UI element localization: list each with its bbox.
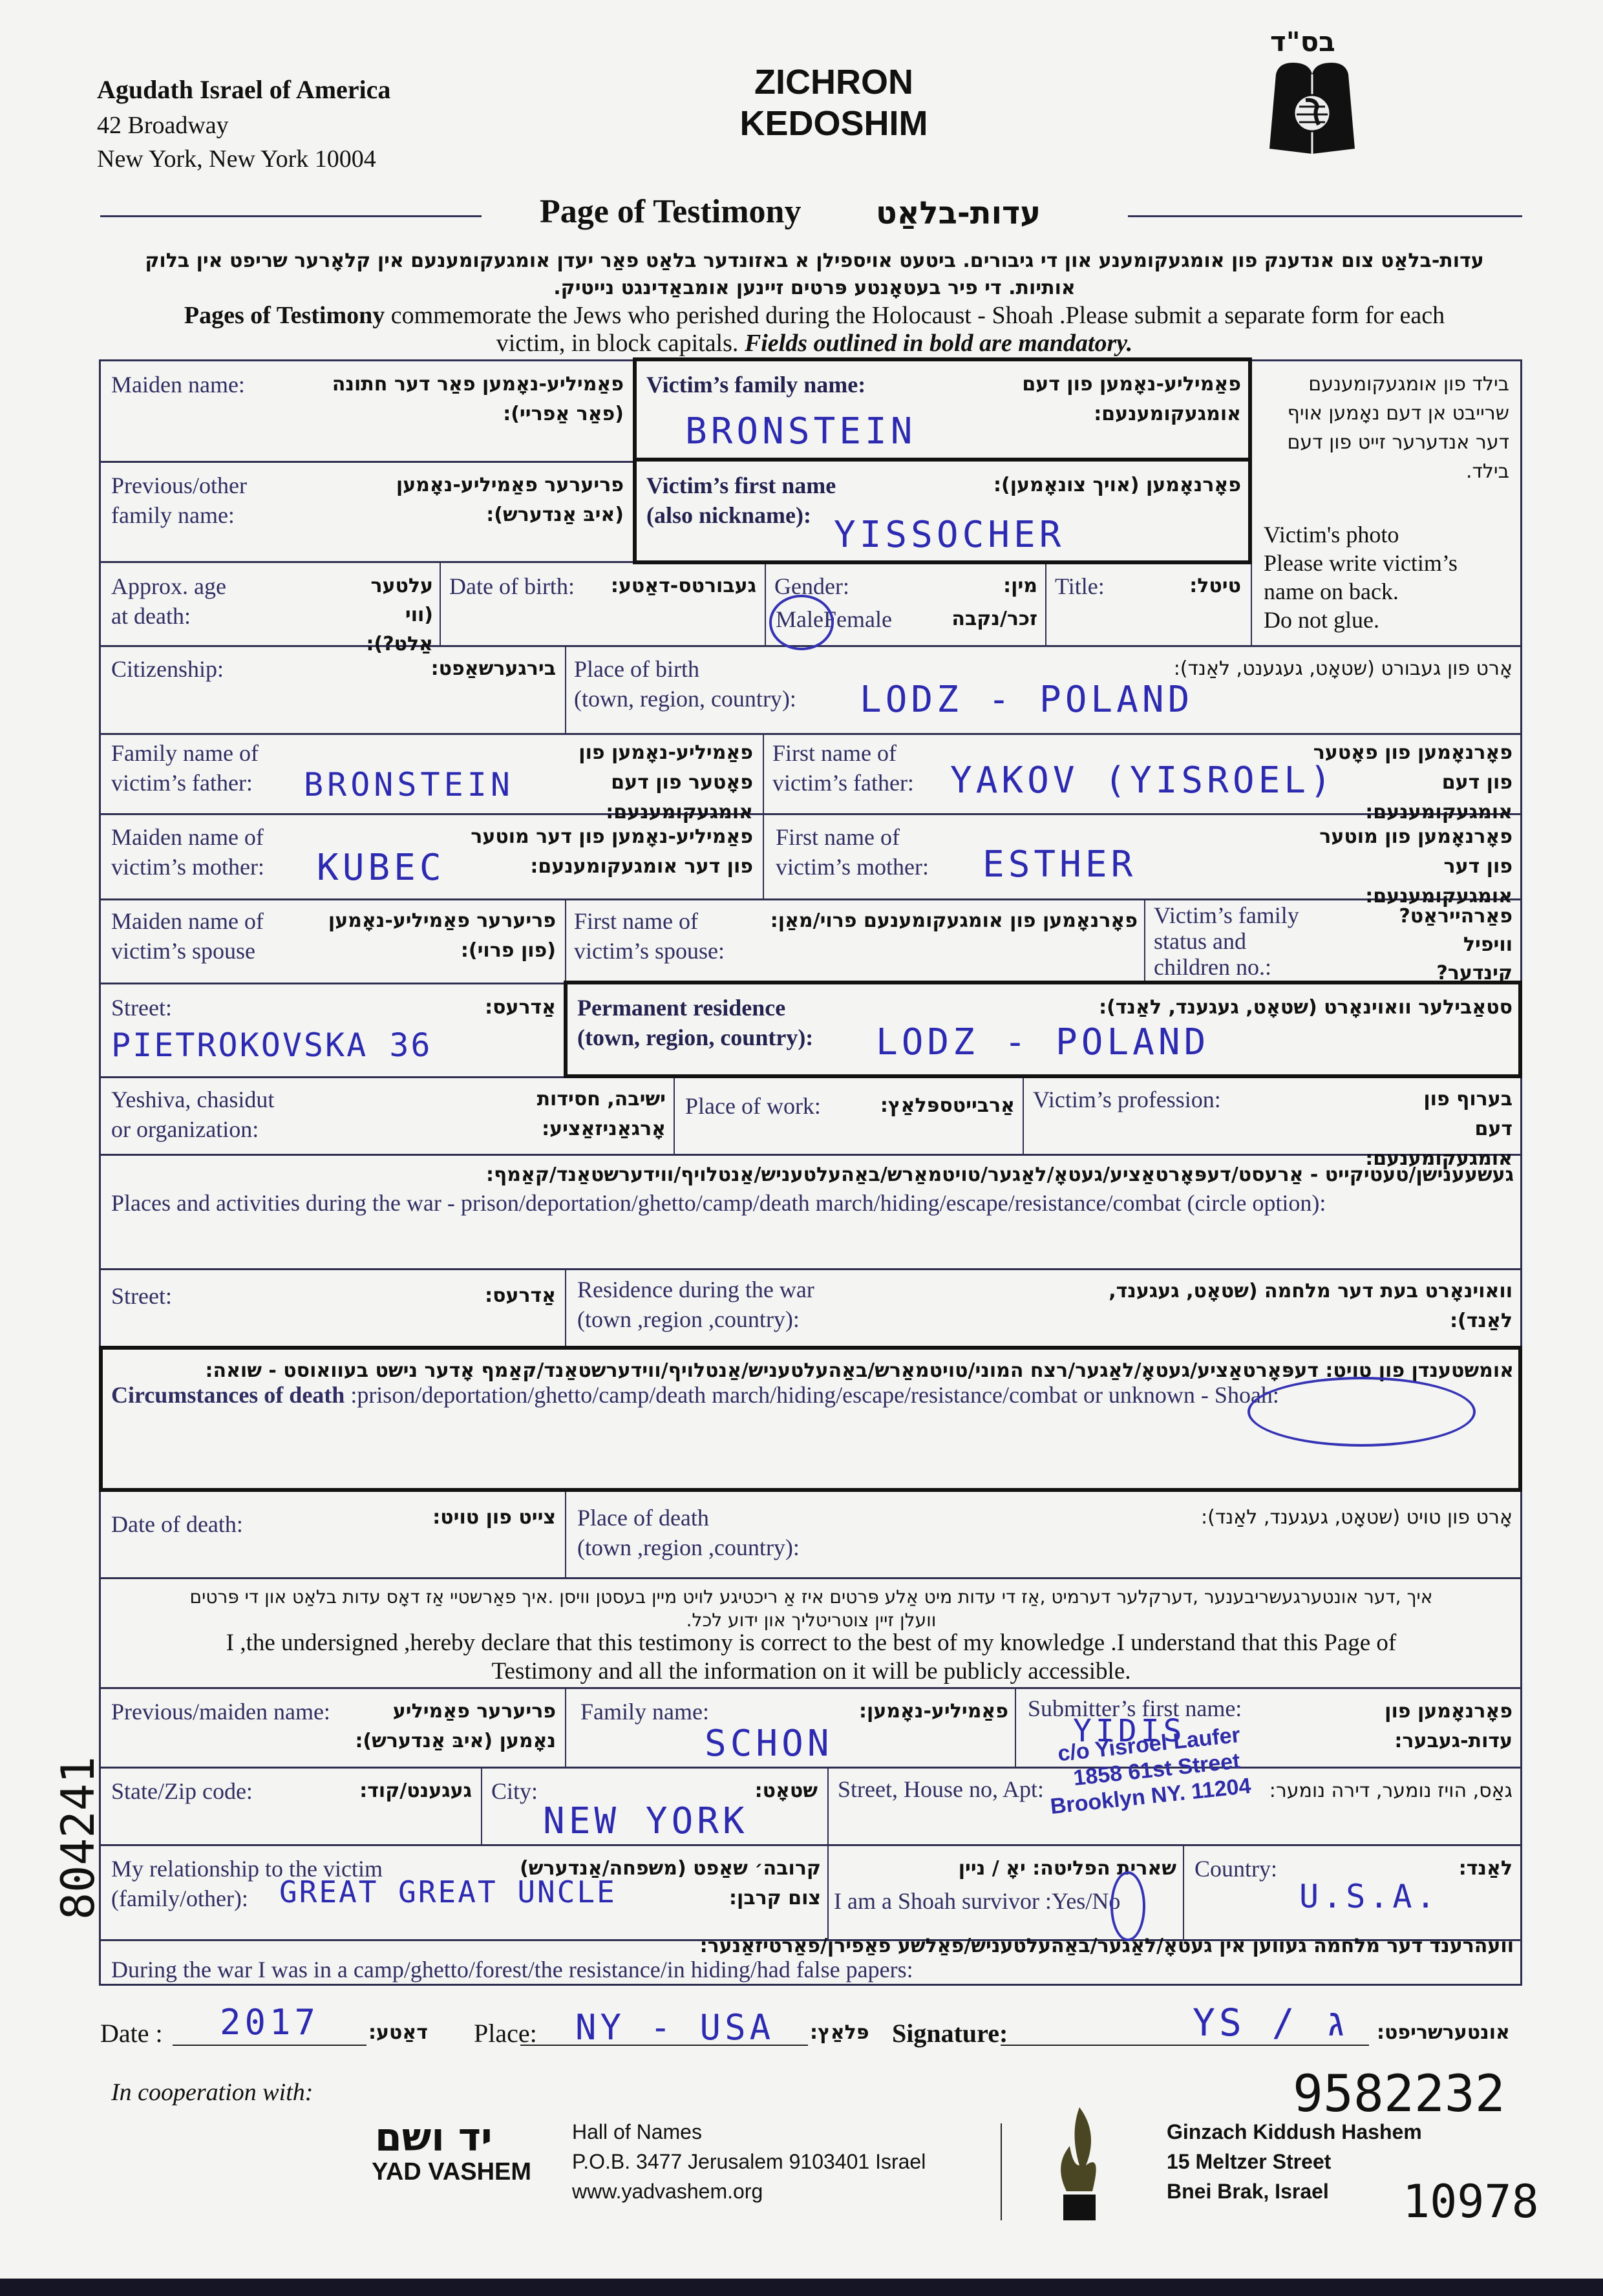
victim-first-name-field[interactable]: YISSOCHER bbox=[834, 514, 1065, 556]
victim-family-name-label: Victim’s family name: bbox=[646, 370, 865, 399]
city-label: City: bbox=[491, 1776, 538, 1806]
relationship-field[interactable]: GREAT GREAT UNCLE bbox=[279, 1875, 617, 1909]
victim-first-name-label: Victim’s first name (also nickname): bbox=[646, 471, 836, 530]
spouse-maiden-name-label: Maiden name of victim’s spouse bbox=[111, 906, 264, 966]
declaration-he-line-1: איך ,דער אונטערגעשריבענער ,דערקלער דערמי… bbox=[110, 1585, 1513, 1610]
ginzach-line-1: Ginzach Kiddush Hashem bbox=[1167, 2117, 1422, 2147]
mother-first-name-field[interactable]: ESTHER bbox=[982, 844, 1136, 886]
signature-line: Date : 2017 דאַטע: Place: NY - USA פּלאַ… bbox=[100, 2007, 1529, 2059]
age-at-death-he: עלטער (ווי אַלט?): bbox=[343, 571, 433, 659]
father-family-name-field[interactable]: BRONSTEIN bbox=[304, 766, 514, 803]
mother-first-name-he: פאָרנאָמען פון מוטער פון דער אומגעקומענע… bbox=[1312, 822, 1513, 911]
project-title: ZICHRON KEDOSHIM bbox=[698, 61, 970, 144]
grid-line bbox=[565, 645, 566, 733]
date-of-birth-label: Date of birth: bbox=[449, 571, 575, 601]
victim-first-name-label-1: Victim’s first name bbox=[646, 471, 836, 500]
family-status-label: Victim’s family status and children no.: bbox=[1154, 902, 1299, 980]
circumstances-options[interactable]: :prison/deportation/ghetto/camp/death ma… bbox=[345, 1382, 1279, 1408]
age-at-death-label-2: at death: bbox=[111, 601, 226, 631]
profession-label: Victim’s profession: bbox=[1033, 1085, 1221, 1114]
war-street-label: Street: bbox=[111, 1281, 172, 1311]
permanent-residence-label-1: Permanent residence bbox=[577, 993, 813, 1023]
maiden-name-field[interactable] bbox=[297, 420, 621, 452]
war-street-he: אַדרעס: bbox=[485, 1281, 556, 1311]
father-first-name-label-1: First name of bbox=[772, 738, 914, 768]
war-activities-he: געשעענישן/טעטיקייט - אַרעסט/דעפּאָרטאַצי… bbox=[111, 1160, 1514, 1190]
grid-line bbox=[99, 1767, 1522, 1769]
declaration-en: I ,the undersigned ,hereby declare that … bbox=[110, 1629, 1513, 1686]
war-activities-label: Places and activities during the war - p… bbox=[111, 1188, 1326, 1218]
spouse-first-name-label: First name of victim’s spouse: bbox=[574, 906, 725, 966]
victim-family-name-he: פאַמיליע-נאָמען פון דעם אומגעקומענעם: bbox=[957, 370, 1241, 429]
mandatory-note: Fields outlined in bold are mandatory. bbox=[745, 330, 1132, 357]
grid-line bbox=[481, 1767, 482, 1844]
survivor-selection-circle bbox=[1110, 1871, 1145, 1941]
circumstances-selection-circle bbox=[1247, 1377, 1476, 1447]
mother-first-name-label: First name of victim’s mother: bbox=[776, 822, 929, 882]
street-he: אַדרעס: bbox=[485, 993, 556, 1023]
family-status-he: פאַרהייראַט? וויפיל קינדער? bbox=[1416, 902, 1513, 988]
father-family-name-label: Family name of victim’s father: bbox=[111, 738, 259, 798]
page-title-he: עדות-בלאַט bbox=[876, 195, 1041, 231]
spouse-first-name-he: פאָרנאָמען פון אומגעקומענעם פרוי/מאַן: bbox=[769, 906, 1138, 936]
place-of-death-label-2: (town ,region ,country): bbox=[577, 1533, 800, 1562]
during-war-label: During the war I was in a camp/ghetto/fo… bbox=[111, 1955, 913, 1984]
permanent-residence-field[interactable]: LODZ - POLAND bbox=[876, 1021, 1209, 1063]
state-zip-label: State/Zip code: bbox=[111, 1776, 253, 1806]
title-rule-right bbox=[1128, 215, 1522, 217]
spouse-first-name-label-2: victim’s spouse: bbox=[574, 936, 725, 966]
victim-first-name-label-2: (also nickname): bbox=[646, 500, 836, 530]
submitter-street-label: Street, House no, Apt: bbox=[838, 1774, 1044, 1804]
yeshiva-label: Yeshiva, chasidut or organization: bbox=[111, 1085, 274, 1144]
project-title-line-1: ZICHRON bbox=[698, 61, 970, 103]
war-residence-label-1: Residence during the war bbox=[577, 1275, 814, 1304]
ginzach-line-3: Bnei Brak, Israel bbox=[1167, 2176, 1422, 2206]
signature-he: אונטערשריפט: bbox=[1377, 2021, 1510, 2044]
photo-box-line-4: Do not glue. bbox=[1264, 606, 1458, 634]
spouse-first-name-label-1: First name of bbox=[574, 906, 725, 936]
previous-family-name-label-1: Previous/other bbox=[111, 471, 247, 500]
scan-edge bbox=[0, 2279, 1603, 2296]
title-rule-left bbox=[100, 215, 482, 217]
grid-line bbox=[827, 1767, 829, 1844]
ginzach-address: Ginzach Kiddush Hashem 15 Meltzer Street… bbox=[1167, 2117, 1422, 2206]
place-field[interactable]: NY - USA bbox=[575, 2007, 774, 2048]
grid-line bbox=[565, 1268, 566, 1346]
signature-field[interactable]: YS / ג bbox=[1193, 2001, 1351, 2047]
photo-box-he: בילד פון אומגעקומענעם שרייבט אן דעם נאָמ… bbox=[1264, 370, 1509, 486]
father-family-name-label-2: victim’s father: bbox=[111, 768, 259, 798]
submitter-street-he: גאַס, הויז נומער, דירה נומער: bbox=[1228, 1776, 1513, 1806]
date-of-birth-he: געבורטס-דאַטע: bbox=[646, 571, 756, 601]
date-of-death-he: צייט פון טויט: bbox=[427, 1503, 556, 1533]
intro-en-bold: Pages of Testimony bbox=[184, 302, 385, 329]
grid-line bbox=[99, 1577, 1522, 1579]
place-of-work-he: אַרבייטספּלאַץ: bbox=[869, 1091, 1015, 1121]
intro-en-line-2: victim, in block capitals. Fields outlin… bbox=[97, 328, 1532, 358]
previous-family-name-label: Previous/other family name: bbox=[111, 471, 247, 530]
country-he: לאַנד: bbox=[1454, 1854, 1513, 1884]
yad-vashem-logo: יד ושם YAD VASHEM bbox=[372, 2117, 533, 2186]
street-field[interactable]: PIETROKOVSKA 36 bbox=[111, 1026, 432, 1064]
title-field-label: Title: bbox=[1055, 571, 1105, 601]
place-of-death-he: אָרט פון טויט (שטאָט, געגענד, לאַנד): bbox=[1151, 1503, 1513, 1533]
org-name: Agudath Israel of America bbox=[97, 74, 390, 105]
gender-option-female[interactable]: Female bbox=[823, 606, 892, 632]
father-family-name-he: פאַמיליע-נאָמען פון פאָטער פון דעם אומגע… bbox=[543, 738, 753, 827]
war-residence-he: וואוינאָרט בעת דער מלחמה (שטאָט, געגענד,… bbox=[1047, 1277, 1513, 1336]
grid-line bbox=[1183, 1844, 1184, 1939]
yeshiva-label-1: Yeshiva, chasidut bbox=[111, 1085, 274, 1114]
date-label: Date : bbox=[100, 2019, 163, 2048]
permanent-residence-label: Permanent residence (town, region, count… bbox=[577, 993, 813, 1052]
yad-vashem-address: Hall of Names P.O.B. 3477 Jerusalem 9103… bbox=[572, 2117, 926, 2206]
cooperation-label: In cooperation with: bbox=[111, 2078, 313, 2107]
place-of-birth-he: אָרט פון געבורט (שטאָט, געגענט, לאַנד): bbox=[1151, 654, 1513, 684]
bsd-mark: בס"ד bbox=[1270, 26, 1335, 58]
tablets-globe-logo-icon bbox=[1267, 61, 1357, 158]
place-of-birth-label-2: (town, region, country): bbox=[574, 684, 796, 714]
maiden-name-label: Maiden name: bbox=[111, 370, 245, 399]
date-of-death-label: Date of death: bbox=[111, 1509, 243, 1539]
war-residence-label-2: (town ,region ,country): bbox=[577, 1304, 814, 1334]
intro-he-line-2: אותיות. די פיר בעטאָנטע פּרטים זיינען או… bbox=[103, 275, 1525, 302]
mother-maiden-name-label-1: Maiden name of bbox=[111, 822, 264, 852]
org-address-1: 42 Broadway bbox=[97, 109, 229, 142]
family-status-label-1: Victim’s family bbox=[1154, 902, 1299, 928]
place-of-death-label: Place of death (town ,region ,country): bbox=[577, 1503, 800, 1562]
date-field[interactable]: 2017 bbox=[220, 2002, 319, 2043]
mother-maiden-name-label: Maiden name of victim’s mother: bbox=[111, 822, 264, 882]
project-title-line-2: KEDOSHIM bbox=[698, 103, 970, 144]
age-at-death-label: Approx. age at death: bbox=[111, 571, 226, 631]
grid-line bbox=[827, 1844, 829, 1939]
previous-family-name-he: פריערער פאַמיליע-נאָמען (איבּ אַנדערש): bbox=[362, 471, 624, 530]
place-of-birth-label-1: Place of birth bbox=[574, 654, 796, 684]
victim-first-name-he: פאָרנאָמען (אויך צונאָמען): bbox=[931, 471, 1241, 500]
circumstances-label: Circumstances of death :prison/deportati… bbox=[111, 1380, 1279, 1410]
previous-family-name-label-2: family name: bbox=[111, 500, 247, 530]
yad-vashem-website[interactable]: www.yadvashem.org bbox=[572, 2176, 926, 2206]
father-first-name-he: פאָרנאָמען פון פאָטער פון דעם אומגעקומענ… bbox=[1312, 738, 1513, 827]
grid-line bbox=[99, 461, 634, 463]
grid-line bbox=[99, 1687, 1522, 1689]
street-label: Street: bbox=[111, 993, 172, 1023]
mother-maiden-name-he: פאַמיליע-נאָמען פון דער מוטער פון דער או… bbox=[465, 822, 753, 882]
spouse-maiden-name-label-2: victim’s spouse bbox=[111, 936, 264, 966]
country-label: Country: bbox=[1194, 1854, 1277, 1884]
citizenship-he: בירגערשאַפט: bbox=[427, 654, 556, 684]
spouse-maiden-name-label-1: Maiden name of bbox=[111, 906, 264, 936]
grid-line bbox=[99, 898, 1522, 900]
father-first-name-field[interactable]: YAKOV (YISROEL) bbox=[950, 760, 1335, 802]
place-of-birth-label: Place of birth (town, region, country): bbox=[574, 654, 796, 714]
grid-line bbox=[99, 1268, 1522, 1270]
declaration-en-line-1: I ,the undersigned ,hereby declare that … bbox=[110, 1629, 1513, 1657]
circumstances-label-bold: Circumstances of death bbox=[111, 1382, 345, 1408]
place-of-death-label-1: Place of death bbox=[577, 1503, 800, 1533]
family-status-label-2: status and bbox=[1154, 928, 1299, 954]
grid-line bbox=[1015, 1687, 1016, 1767]
intro-en-line-1: Pages of Testimony commemorate the Jews … bbox=[97, 301, 1532, 330]
date-underline bbox=[173, 2045, 366, 2046]
footer-divider bbox=[1001, 2123, 1002, 2220]
signature-label: Signature: bbox=[892, 2019, 1008, 2048]
grid-line bbox=[440, 561, 441, 645]
flame-logo-icon bbox=[1054, 2107, 1105, 2227]
submitter-family-name-he: פאַמיליע-נאָמען: bbox=[860, 1697, 1008, 1727]
intro-en-rest: commemorate the Jews who perished during… bbox=[385, 302, 1445, 329]
gender-options-he: זכר/נקבה bbox=[944, 604, 1037, 634]
spouse-maiden-name-he: פריערער פאַמיליע-נאָמען (פון פרוי): bbox=[323, 906, 556, 966]
grid-line bbox=[565, 1490, 566, 1577]
permanent-residence-label-2: (town, region, country): bbox=[577, 1023, 813, 1052]
archive-number-2: 10978 bbox=[1403, 2175, 1539, 2228]
place-of-work-label: Place of work: bbox=[685, 1091, 821, 1121]
grid-line bbox=[674, 1076, 675, 1154]
submitter-previous-name-label: Previous/maiden name: bbox=[111, 1697, 330, 1727]
mother-maiden-name-field[interactable]: KUBEC bbox=[317, 847, 445, 889]
place-he: פּלאַץ: bbox=[810, 2021, 869, 2044]
submitter-family-name-label: Family name: bbox=[580, 1697, 709, 1727]
org-address-2: New York, New York 10004 bbox=[97, 142, 376, 176]
grid-line bbox=[1023, 1076, 1024, 1154]
grid-line bbox=[1045, 561, 1046, 645]
relationship-he-2: צום קרבן: bbox=[711, 1884, 821, 1913]
age-at-death-label-1: Approx. age bbox=[111, 571, 226, 601]
grid-line bbox=[99, 813, 1522, 815]
declaration-en-line-2: Testimony and all the information on it … bbox=[110, 1657, 1513, 1686]
citizenship-label: Citizenship: bbox=[111, 654, 224, 684]
victim-family-name-field[interactable]: BRONSTEIN bbox=[685, 410, 916, 452]
submitter-first-name-he: פאָרנאָמען פון עדות-געבער: bbox=[1383, 1697, 1513, 1756]
page-title-en: Page of Testimony bbox=[540, 193, 801, 231]
intro-en-line-2-plain: victim, in block capitals. bbox=[496, 330, 745, 357]
family-status-label-3: children no.: bbox=[1154, 954, 1299, 980]
grid-line bbox=[99, 733, 1522, 735]
war-activities-field[interactable] bbox=[111, 1222, 1514, 1260]
yad-vashem-line-2: P.O.B. 3477 Jerusalem 9103401 Israel bbox=[572, 2147, 926, 2176]
city-he: שטאָט: bbox=[750, 1776, 818, 1806]
state-zip-he: געגענט/קוד: bbox=[375, 1776, 472, 1806]
gender-selection-circle bbox=[769, 595, 834, 650]
yeshiva-he: ישיבה, חסידות אָרגאַניזאַציע: bbox=[530, 1085, 666, 1144]
gender-he: מין: bbox=[995, 571, 1037, 601]
grid-line bbox=[634, 458, 1251, 462]
submitter-family-name-field[interactable]: SCHON bbox=[705, 1723, 833, 1765]
yad-vashem-logo-he: יד ושם bbox=[372, 2117, 533, 2158]
grid-line bbox=[765, 561, 766, 645]
intro-he-line-1: עדות-בלאַט צום אנדענק פון אומגעקומענע או… bbox=[103, 248, 1525, 275]
margin-archive-number: 804241 bbox=[52, 1756, 105, 1920]
war-residence-label: Residence during the war (town ,region ,… bbox=[577, 1275, 814, 1334]
photo-box-line-3: name on back. bbox=[1264, 577, 1458, 606]
yeshiva-label-2: or organization: bbox=[111, 1114, 274, 1144]
father-first-name-label: First name of victim’s father: bbox=[772, 738, 914, 798]
title-field-he: טיטל: bbox=[1189, 571, 1241, 601]
photo-box-instructions: Victim's photo Please write victim’s nam… bbox=[1264, 520, 1458, 634]
father-family-name-label-1: Family name of bbox=[111, 738, 259, 768]
photo-box-line-2: Please write victim’s bbox=[1264, 549, 1458, 577]
submitter-previous-name-he: פריערער פאַמיליע נאָמען (איבּ אַנדערש): bbox=[349, 1697, 556, 1756]
grid-line bbox=[99, 1154, 1522, 1156]
survivor-options[interactable]: I am a Shoah survivor :Yes/No bbox=[834, 1886, 1120, 1916]
photo-box-line-1: Victim's photo bbox=[1264, 520, 1458, 549]
permanent-residence-he: סטאַבילער וואוינאָרט (שטאָט, געגענד, לאַ… bbox=[1073, 993, 1513, 1023]
grid-line bbox=[763, 733, 764, 898]
grid-line bbox=[565, 1687, 566, 1767]
father-first-name-label-2: victim’s father: bbox=[772, 768, 914, 798]
grid-line bbox=[99, 1844, 1522, 1846]
grid-line bbox=[1144, 898, 1145, 983]
mother-first-name-label-1: First name of bbox=[776, 822, 929, 852]
city-field[interactable]: NEW YORK bbox=[543, 1800, 748, 1842]
place-of-birth-field[interactable]: LODZ - POLAND bbox=[860, 679, 1193, 721]
grid-line bbox=[565, 898, 566, 983]
ginzach-line-2: 15 Meltzer Street bbox=[1167, 2147, 1422, 2176]
date-he: דאַטע: bbox=[368, 2021, 428, 2044]
mother-maiden-name-label-2: victim’s mother: bbox=[111, 852, 264, 882]
yad-vashem-logo-en: YAD VASHEM bbox=[372, 2158, 533, 2186]
mother-first-name-label-2: victim’s mother: bbox=[776, 852, 929, 882]
archive-number-1: 9582232 bbox=[1293, 2065, 1505, 2123]
country-field[interactable]: U.S.A. bbox=[1299, 1878, 1439, 1915]
yad-vashem-line-1: Hall of Names bbox=[572, 2117, 926, 2147]
